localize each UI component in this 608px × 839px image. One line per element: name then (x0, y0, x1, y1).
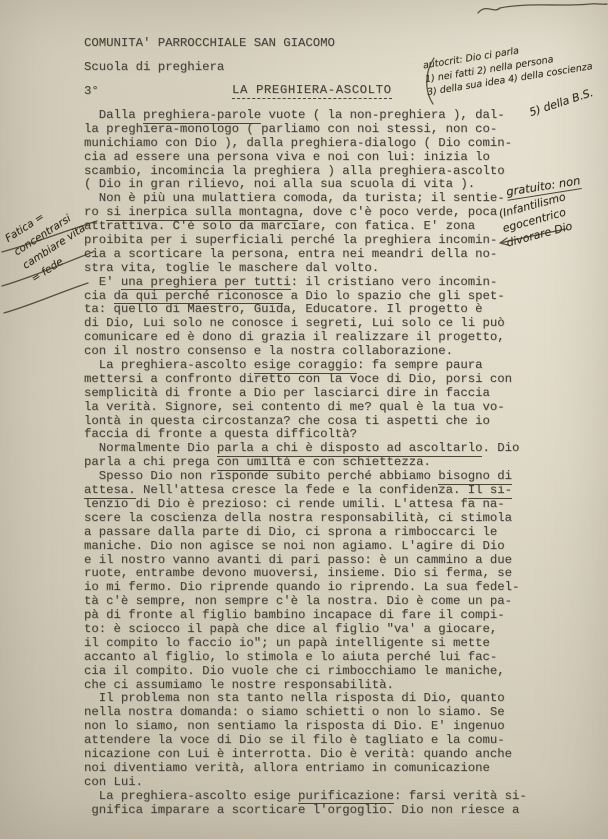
session-number: 3° (84, 84, 99, 98)
typed-line: la preghiera-monologo ( parliamo con noi… (84, 123, 527, 137)
typed-line: munichiamo con Dio ), dalla preghiera-di… (84, 137, 527, 151)
typed-line: che ci assumiamo le nostre responsabilit… (84, 679, 527, 693)
typed-line: semplicità di fronte a Dio per lasciarci… (84, 387, 527, 401)
typed-line: parla a chi prega con umiltà e con schie… (84, 456, 527, 470)
typed-line: e il nostro vanno avanti di pari passo: … (84, 554, 527, 568)
typed-line: attrattiva. C'è solo da marciare, con fa… (84, 220, 527, 234)
typed-line: La preghiera-ascolto esige purificazione… (84, 790, 527, 804)
typed-line: gnifica imparare a scorticare l'orgoglio… (84, 804, 527, 818)
typed-line: nicazione con Lui è interrotta. Dio è ve… (84, 748, 527, 762)
typed-line: a passare dalla parte di Dio, ci sprona … (84, 526, 527, 540)
corner-pen-mark (478, 4, 607, 13)
typed-line: il compito lo faccio io"; un papà intell… (84, 637, 527, 651)
typed-line: accanto al figlio, lo stimola e lo aiuta… (84, 651, 527, 665)
typed-line: scere la coscienza della nostra responsa… (84, 512, 527, 526)
typed-line: ( Dio in gran rilievo, noi alla sua scuo… (84, 178, 527, 192)
typed-line: lenzio di Dio è prezioso: ci rende umili… (84, 498, 527, 512)
typed-line: to: è sciocco il papà che dice al figlio… (84, 623, 527, 637)
typed-text-block: Dalla preghiera-parole vuote ( la non-pr… (84, 109, 527, 817)
typed-line: cia a scorticare la persona, entra nei m… (84, 248, 527, 262)
typed-line: Normalmente Dio parla a chi è disposto a… (84, 442, 527, 456)
typed-line: attendere la voce di Dio se il filo è ta… (84, 734, 527, 748)
typed-line: nella nostra domanda: o siamo schietti o… (84, 706, 527, 720)
typed-line: lontà in questa circostanza? che cosa ti… (84, 415, 527, 429)
typed-line: cia ad essere una persona viva e noi con… (84, 151, 527, 165)
typed-line: ta: quello di Maestro, Guida, Educatore.… (84, 303, 527, 317)
typed-line: non lo siamo, non sentiamo la risposta d… (84, 720, 527, 734)
document-title: LA PREGHIERA-ASCOLTO (232, 83, 392, 99)
handwritten-note-top-right-extra: 5) della B.S. (528, 86, 595, 119)
typed-line: Il problema non sta tanto nella risposta… (84, 692, 527, 706)
typed-line: ro si inerpica sulla montagna, dove c'è … (84, 206, 527, 220)
typed-line: con Lui. (84, 776, 527, 790)
typed-line: io mi fermo. Dio riprende quando io ripr… (84, 581, 527, 595)
typed-line: pà di fronte al figlio bambino incapace … (84, 609, 527, 623)
typed-line: comunicare ed è dono di grazia il realiz… (84, 331, 527, 345)
typed-line: proibita per i superficiali perché la pr… (84, 234, 527, 248)
typed-line: Non è più una mulattiera comoda, da turi… (84, 192, 527, 206)
typed-line: noi diventiamo verità, allora entriamo i… (84, 762, 527, 776)
typed-line: mettersi a confronto diretto con la voce… (84, 373, 527, 387)
scanned-document-page: COMUNITA' PARROCCHIALE SAN GIACOMO Scuol… (0, 0, 608, 839)
typed-line: attesa. Nell'attesa cresce la fede e la … (84, 484, 527, 498)
typed-line: La preghiera-ascolto esige coraggio: fa … (84, 359, 527, 373)
typed-line: faccia di fronte a questa difficoltà? (84, 428, 527, 442)
typed-line: con il nostro consenso e la nostra colla… (84, 345, 527, 359)
typed-line: Dalla preghiera-parole vuote ( la non-pr… (84, 109, 527, 123)
typed-line: cia il compito. Dio vuole che ci rimbocc… (84, 665, 527, 679)
typed-line: scambio, incomincia la preghiera ) alla … (84, 165, 527, 179)
typed-line: cia da qui perché riconosce a Dio lo spa… (84, 290, 527, 304)
typed-line: maniche. Dio non agisce se noi non agiam… (84, 540, 527, 554)
typed-line: di Dio, Lui solo ne conosce i segreti, L… (84, 317, 527, 331)
typed-line: stra vita, toglie le maschere dal volto. (84, 262, 527, 276)
document-subtitle: Scuola di preghiera (84, 60, 224, 74)
organization-header: COMUNITA' PARROCCHIALE SAN GIACOMO (84, 36, 335, 50)
typed-line: la verità. Signore, sei contento di me? … (84, 401, 527, 415)
left-swoosh-3 (4, 283, 88, 313)
typed-line: Spesso Dio non risponde subito perché ab… (84, 470, 527, 484)
typed-line: E' una preghiera per tutti: il cristiano… (84, 276, 527, 290)
typed-line: ruote, entrambe devono muoversi, insieme… (84, 567, 527, 581)
typed-line: tà c'è sempre, non sempre c'è la nostra.… (84, 595, 527, 609)
